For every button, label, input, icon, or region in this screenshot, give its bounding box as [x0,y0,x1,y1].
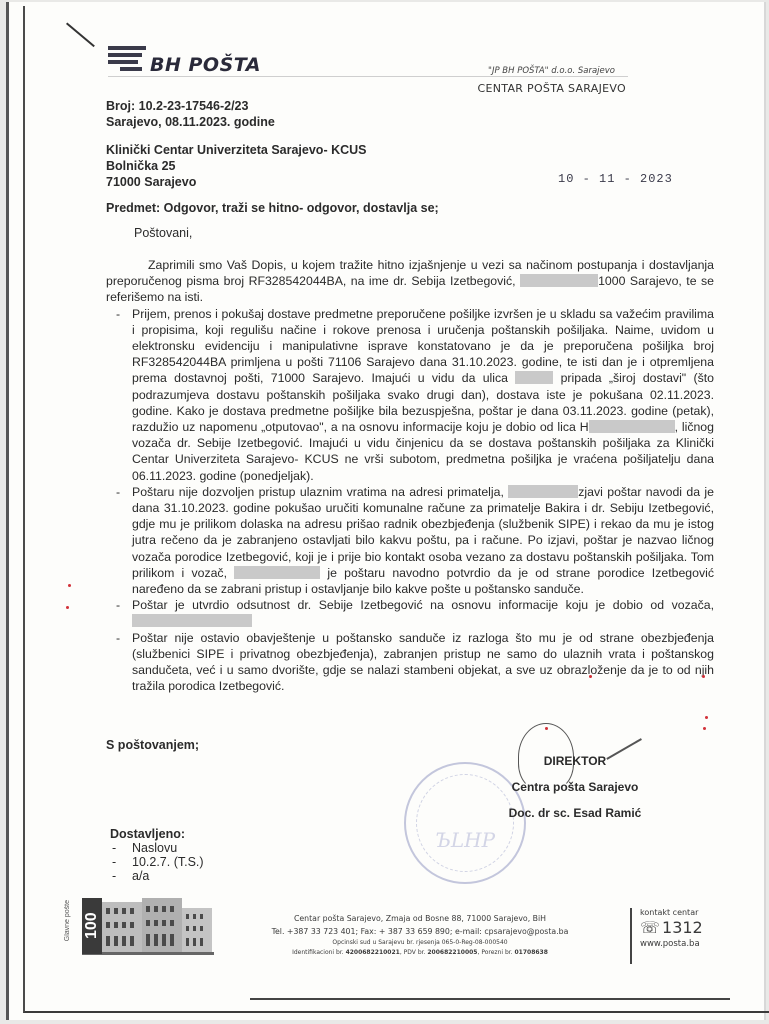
speed-lines-icon [108,42,148,76]
distribution-heading: Dostavljeno: [110,827,204,841]
annotation-dot [68,584,71,587]
subject-line: Predmet: Odgovor, traži se hitno- odgovo… [106,201,439,215]
seal-text: ЪLHP [406,828,524,852]
reference-block: Broj: 10.2-23-17546-2/23 Sarajevo, 08.11… [106,98,275,130]
list-item: Poštaru nije dozvoljen pristup ulaznim v… [106,484,714,597]
website: www.posta.ba [640,939,703,949]
list-item: a/a [110,869,204,883]
list-item: Prijem, prenos i pokušaj dostave predmet… [106,306,714,484]
list-item: Poštar nije ostavio obavještenje u pošta… [106,630,714,695]
closing: S poštovanjem; [106,738,199,752]
footer-court-registration: Opcinski sud u Sarajevu br. rjesenja 065… [240,938,600,948]
redacted-text [515,371,553,384]
recipient-line-1: Klinički Centar Univerziteta Sarajevo- K… [106,142,367,158]
footer-contact: Tel. +387 33 723 401; Fax: + 387 33 659 … [240,925,600,938]
letter-body: Zaprimili smo Vaš Dopis, u kojem tražite… [106,257,714,694]
page-edge-shadow [250,998,730,1000]
logo-text: BH POŠTA [150,54,261,76]
signatory-name: Doc. dr sc. Esad Ramić [500,800,650,826]
list-item: 10.2.7. (T.S.) [110,855,204,869]
recipient-line-3: 71000 Sarajevo [106,174,367,190]
contact-center-box: kontakt centar ☏1312 www.posta.ba [630,908,703,964]
annotation-dot [702,675,705,678]
centenary-badge: 100 [82,898,102,954]
annotation-dot [703,727,706,730]
company-name: "JP BH POŠTA" d.o.o. Sarajevo [488,66,615,76]
recipient-address: Klinički Centar Univerziteta Sarajevo- K… [106,142,367,190]
redacted-text [508,485,578,498]
greeting: Poštovani, [134,226,192,240]
redacted-text [520,274,598,287]
annotation-dot [589,675,592,678]
annotation-dot [545,727,548,730]
list-item: Naslovu [110,841,204,855]
annotation-dot [705,716,708,719]
reference-number: Broj: 10.2-23-17546-2/23 [106,98,275,114]
distribution-list: Dostavljeno: Naslovu 10.2.7. (T.S.) a/a [110,827,204,883]
list-item: Poštar je utvrdio odsutnost dr. Sebije I… [106,597,714,629]
signatory-title: DIREKTOR [500,748,650,774]
intro-paragraph: Zaprimili smo Vaš Dopis, u kojem tražite… [106,257,714,306]
recipient-line-2: Bolnička 25 [106,158,367,174]
contact-center-number: 1312 [662,918,703,937]
redacted-text [234,566,320,579]
footer-tax-ids: Identifikacioni br. 4200682210021, PDV b… [240,948,600,958]
received-date-stamp: 10 - 11 - 2023 [558,172,673,186]
annotation-dot [66,606,69,609]
findings-list: Prijem, prenos i pokušaj dostave predmet… [106,306,714,695]
reference-date: Sarajevo, 08.11.2023. godine [106,114,275,130]
redacted-text [132,614,252,627]
header-divider [108,76,628,77]
signature-block: DIREKTOR Centra pošta Sarajevo Doc. dr s… [500,748,650,826]
center-name: CENTAR POŠTA SARAJEVO [478,82,626,95]
redacted-text [589,420,675,433]
badge-side-label: Glavne pošte [64,900,71,941]
letterhead-footer: Centar pošta Sarajevo, Zmaja od Bosne 88… [240,912,600,958]
contact-center-label: kontakt centar [640,908,703,917]
signatory-org: Centra pošta Sarajevo [500,774,650,800]
bh-posta-logo: BH POŠTA [108,42,261,76]
phone-icon: ☏ [640,918,660,937]
footer-address: Centar pošta Sarajevo, Zmaja od Bosne 88… [240,912,600,925]
